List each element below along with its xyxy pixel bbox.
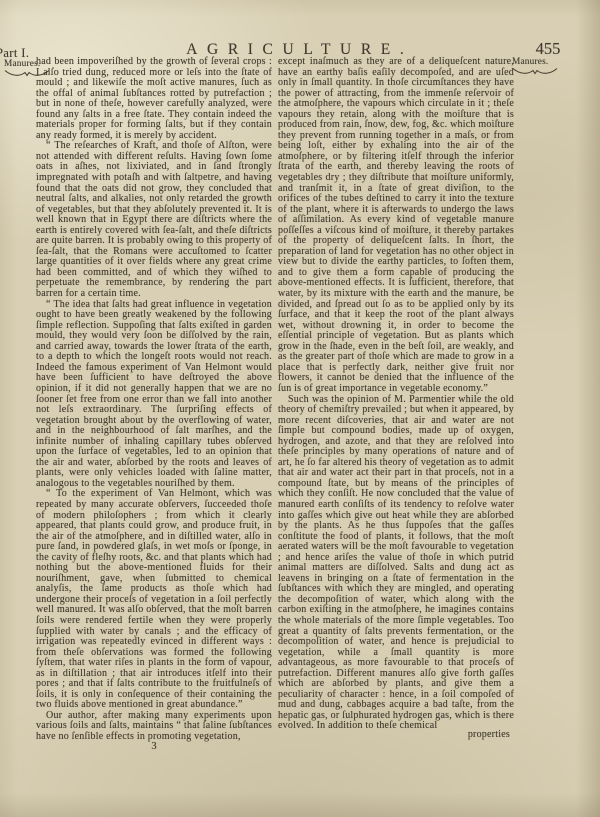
signature-mark: 3	[36, 741, 272, 752]
paragraph: Such was the opinion of M. Parmentier wh…	[278, 395, 514, 733]
right-text-column: except inaſmuch as they are of a delique…	[278, 57, 514, 732]
paragraph: “ The reſearches of Kraft, and thoſe of …	[36, 141, 272, 299]
left-text-column: had been impoveriſhed by the growth of ſ…	[36, 57, 272, 743]
margin-note-right: Manures.	[512, 57, 574, 76]
paragraph: “ To the experiment of Van Helmont, whic…	[36, 489, 272, 710]
catchword: properties	[278, 729, 510, 740]
paragraph: except inaſmuch as they are of a delique…	[278, 57, 514, 395]
paragraph: Our author, after making many experiment…	[36, 711, 272, 743]
paragraph: “ The idea that ſalts had great influenc…	[36, 300, 272, 490]
margin-note-left-label: Manures.	[4, 59, 40, 69]
page-number: 455	[518, 39, 578, 59]
margin-note-right-label: Manures.	[512, 57, 548, 67]
paragraph: had been impoveriſhed by the growth of ſ…	[36, 57, 272, 141]
sidenote-swash-ornament	[512, 67, 558, 76]
book-page: Part I. AGRICULTURE. 455 Manures. Manure…	[0, 0, 600, 817]
